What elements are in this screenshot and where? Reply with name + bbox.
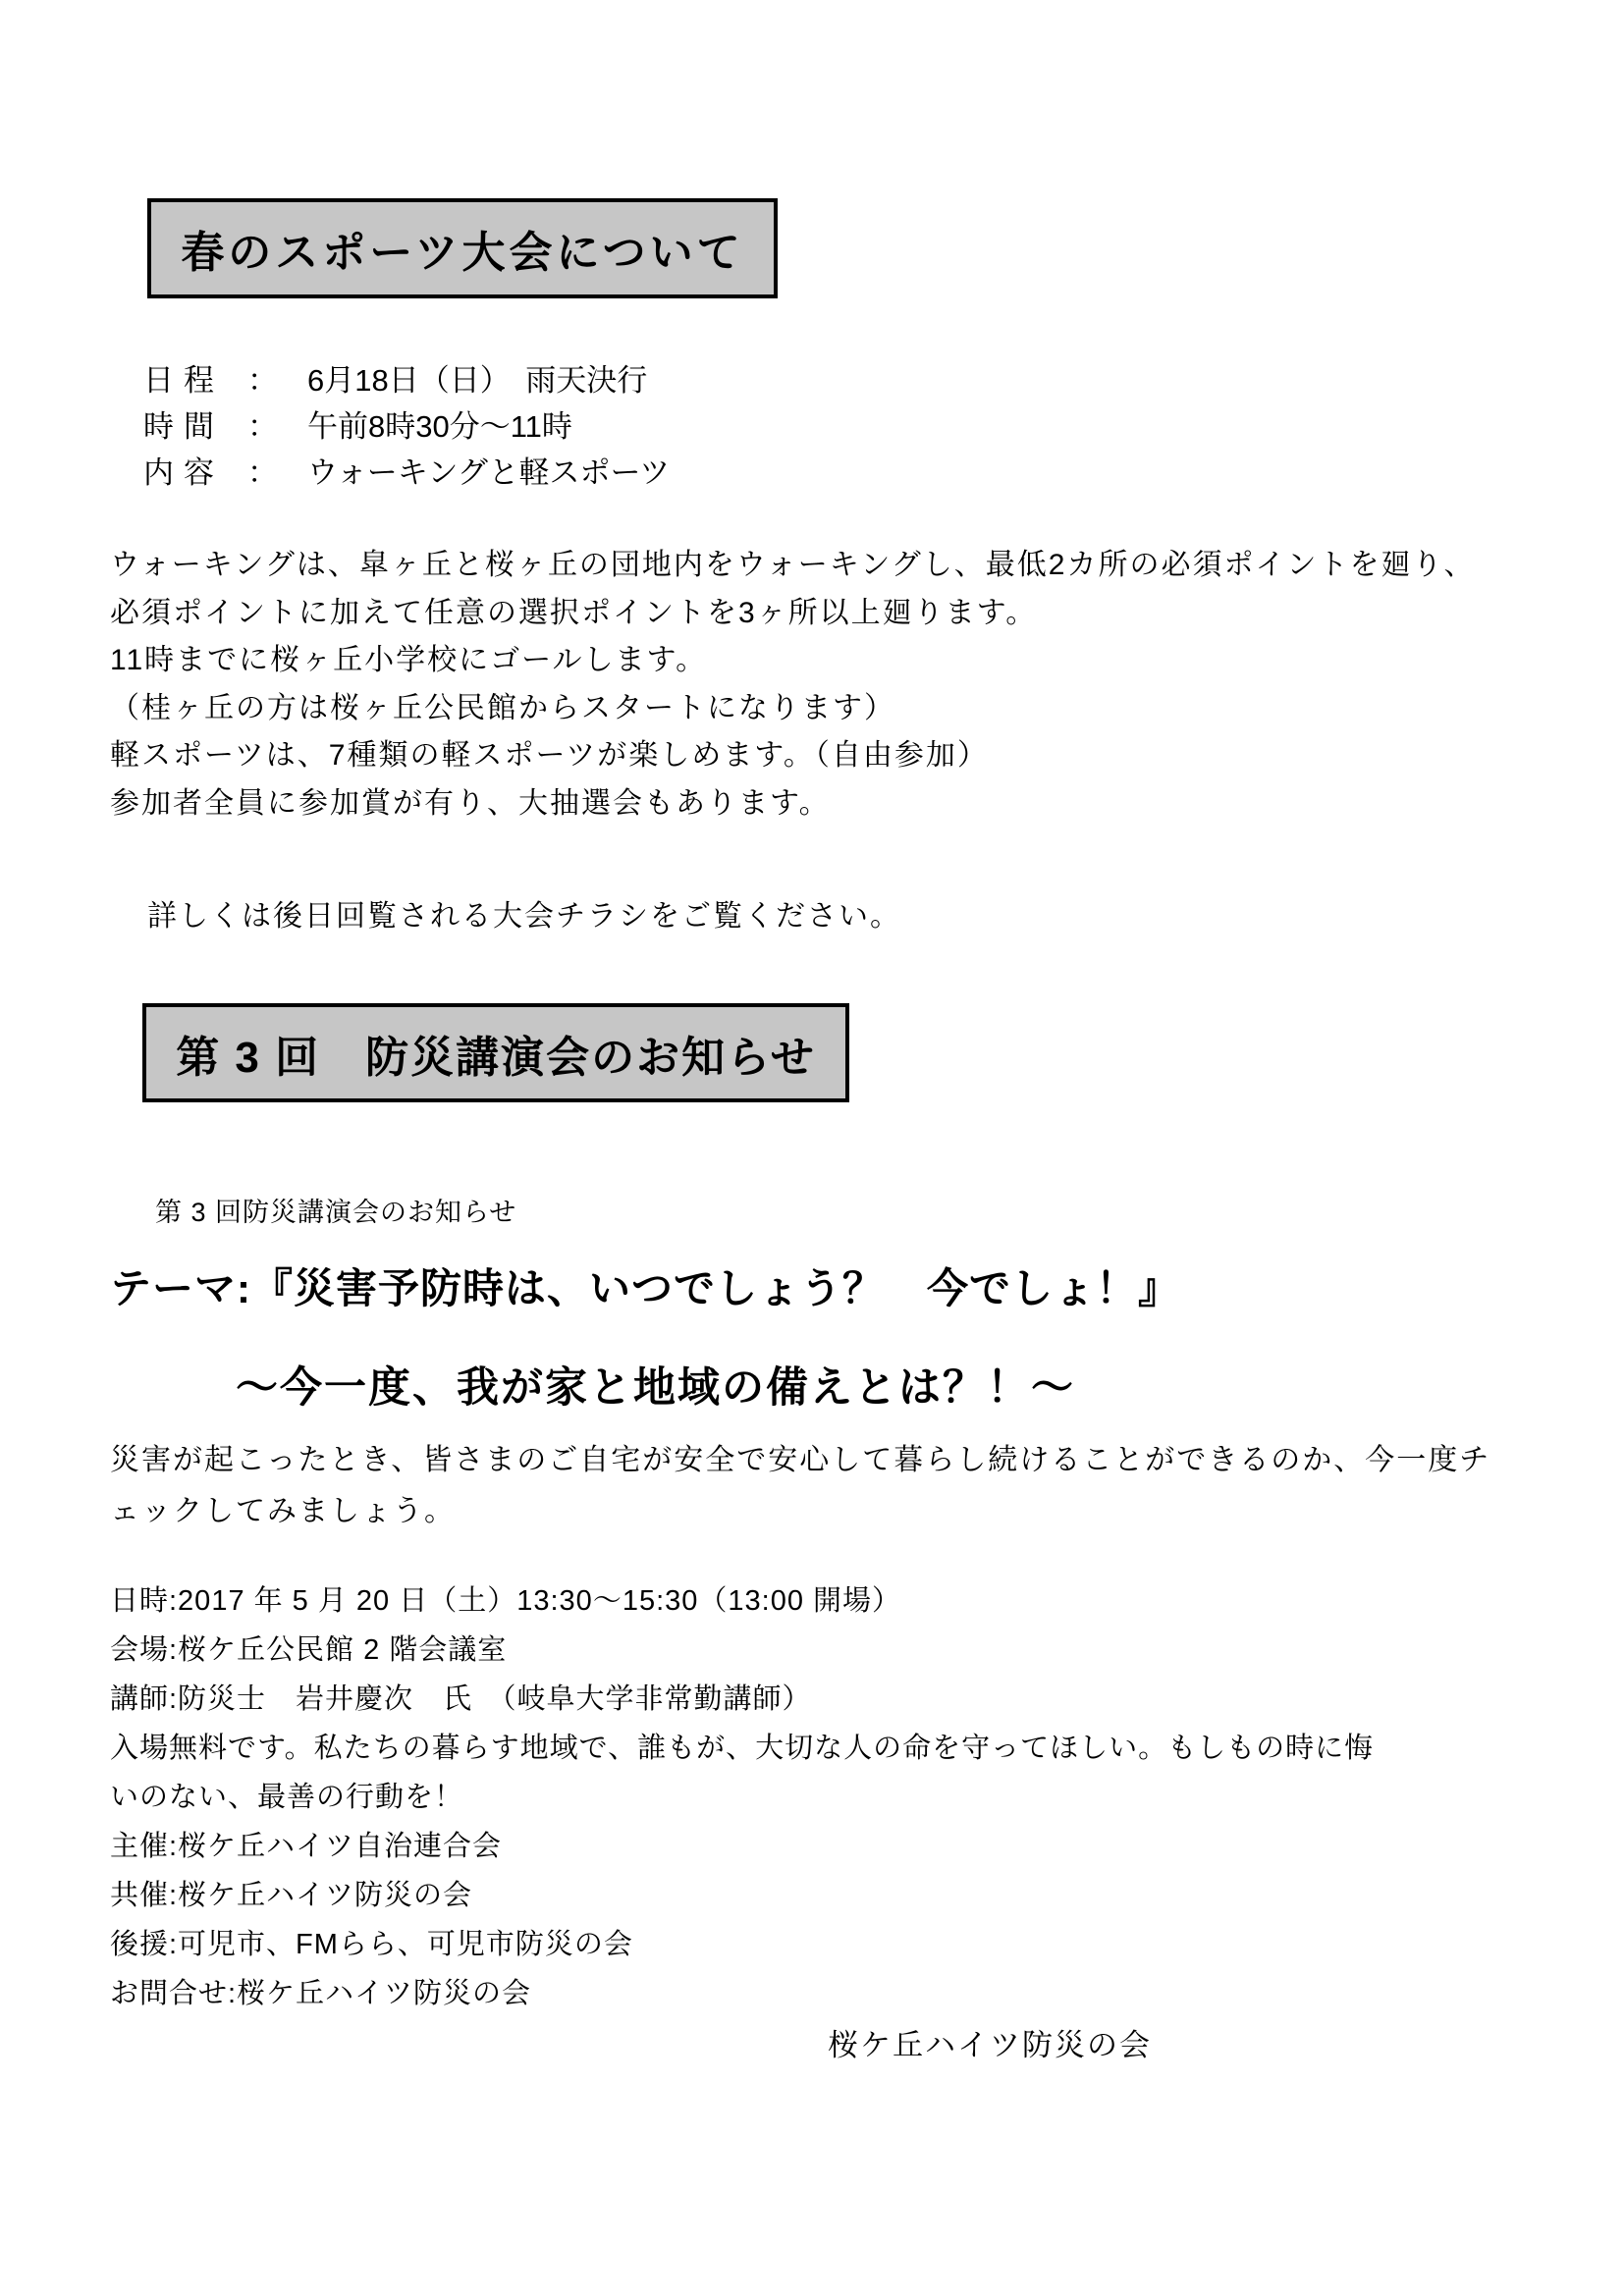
- detail-line-organizer: 主催:桜ケ丘ハイツ自治連合会: [110, 1822, 1514, 1871]
- sports-banner-title: 春のスポーツ大会について: [181, 217, 743, 280]
- signature: 桜ケ丘ハイツ防災の会: [828, 2020, 1152, 2064]
- lecture-theme-title: テーマ:『災害予防時は、いつでしょう？ 今でしょ！』: [110, 1256, 1180, 1315]
- description-line: 11時までに桜ヶ丘小学校にゴールします。: [110, 637, 1514, 685]
- sports-schedule: 日程 ： 6月18日（日） 雨天決行 時間 ： 午前8時30分～11時 内容 ：…: [143, 355, 670, 494]
- detail-line-admission: 入場無料です。私たちの暮らす地域で、誰もが、大切な人の命を守ってほしい。もしもの…: [110, 1724, 1514, 1773]
- sports-description: ウォーキングは、皐ヶ丘と桜ヶ丘の団地内をウォーキングし、最低2カ所の必須ポイント…: [110, 542, 1514, 828]
- intro-line: ェックしてみましょう。: [110, 1486, 1514, 1537]
- description-line: 必須ポイントに加えて任意の選択ポイントを3ヶ所以上廻ります。: [110, 590, 1514, 638]
- schedule-label: 時間: [143, 401, 224, 446]
- lecture-section-banner: 第 3 回 防災講演会のお知らせ: [142, 1003, 849, 1102]
- schedule-value: ウォーキングと軽スポーツ: [307, 448, 670, 492]
- schedule-row-content: 内容 ： ウォーキングと軽スポーツ: [143, 448, 670, 494]
- detail-line-contact: お問合せ:桜ケ丘ハイツ防災の会: [110, 1969, 1514, 2018]
- schedule-row-date: 日程 ： 6月18日（日） 雨天決行: [143, 355, 670, 401]
- schedule-colon: ：: [247, 448, 278, 492]
- detail-line-venue: 会場:桜ケ丘公民館 2 階会議室: [110, 1626, 1514, 1675]
- detail-line-admission-cont: いのない、最善の行動を！: [110, 1773, 1514, 1822]
- lecture-theme-subtitle: ～今一度、我が家と地域の備えとは？！～: [236, 1355, 1075, 1415]
- schedule-value: 6月18日（日） 雨天決行: [307, 355, 647, 400]
- lecture-details: 日時:2017 年 5 月 20 日（土）13:30～15:30（13:00 開…: [110, 1576, 1514, 2018]
- schedule-row-time: 時間 ： 午前8時30分～11時: [143, 401, 670, 448]
- description-line: 参加者全員に参加賞が有り、大抽選会もあります。: [110, 780, 1514, 828]
- detail-line-support: 後援:可児市、FMらら、可児市防災の会: [110, 1920, 1514, 1969]
- schedule-value: 午前8時30分～11時: [307, 401, 572, 446]
- detail-line-co-organizer: 共催:桜ケ丘ハイツ防災の会: [110, 1871, 1514, 1920]
- sports-note: 詳しくは後日回覧される大会チラシをご覧ください。: [147, 891, 901, 934]
- lecture-subheading: 第 3 回防災講演会のお知らせ: [155, 1191, 516, 1229]
- description-line: ウォーキングは、皐ヶ丘と桜ヶ丘の団地内をウォーキングし、最低2カ所の必須ポイント…: [110, 542, 1514, 590]
- detail-line-speaker: 講師:防災士 岩井慶次 氏 （岐阜大学非常勤講師）: [110, 1675, 1514, 1724]
- schedule-label: 内容: [143, 448, 224, 492]
- schedule-label: 日程: [143, 355, 224, 400]
- document-page: 春のスポーツ大会について 日程 ： 6月18日（日） 雨天決行 時間 ： 午前8…: [0, 0, 1624, 2296]
- description-line: 軽スポーツは、7種類の軽スポーツが楽しめます。（自由参加）: [110, 732, 1514, 780]
- description-line: （桂ヶ丘の方は桜ヶ丘公民館からスタートになります）: [110, 685, 1514, 733]
- schedule-colon: ：: [247, 355, 278, 400]
- detail-line-datetime: 日時:2017 年 5 月 20 日（土）13:30～15:30（13:00 開…: [110, 1576, 1514, 1626]
- intro-line: 災害が起こったとき、皆さまのご自宅が安全で安心して暮らし続けることができるのか、…: [110, 1435, 1514, 1486]
- sports-section-banner: 春のスポーツ大会について: [147, 198, 778, 298]
- schedule-colon: ：: [247, 401, 278, 446]
- lecture-intro: 災害が起こったとき、皆さまのご自宅が安全で安心して暮らし続けることができるのか、…: [110, 1435, 1514, 1537]
- lecture-banner-title: 第 3 回 防災講演会のお知らせ: [176, 1022, 816, 1085]
